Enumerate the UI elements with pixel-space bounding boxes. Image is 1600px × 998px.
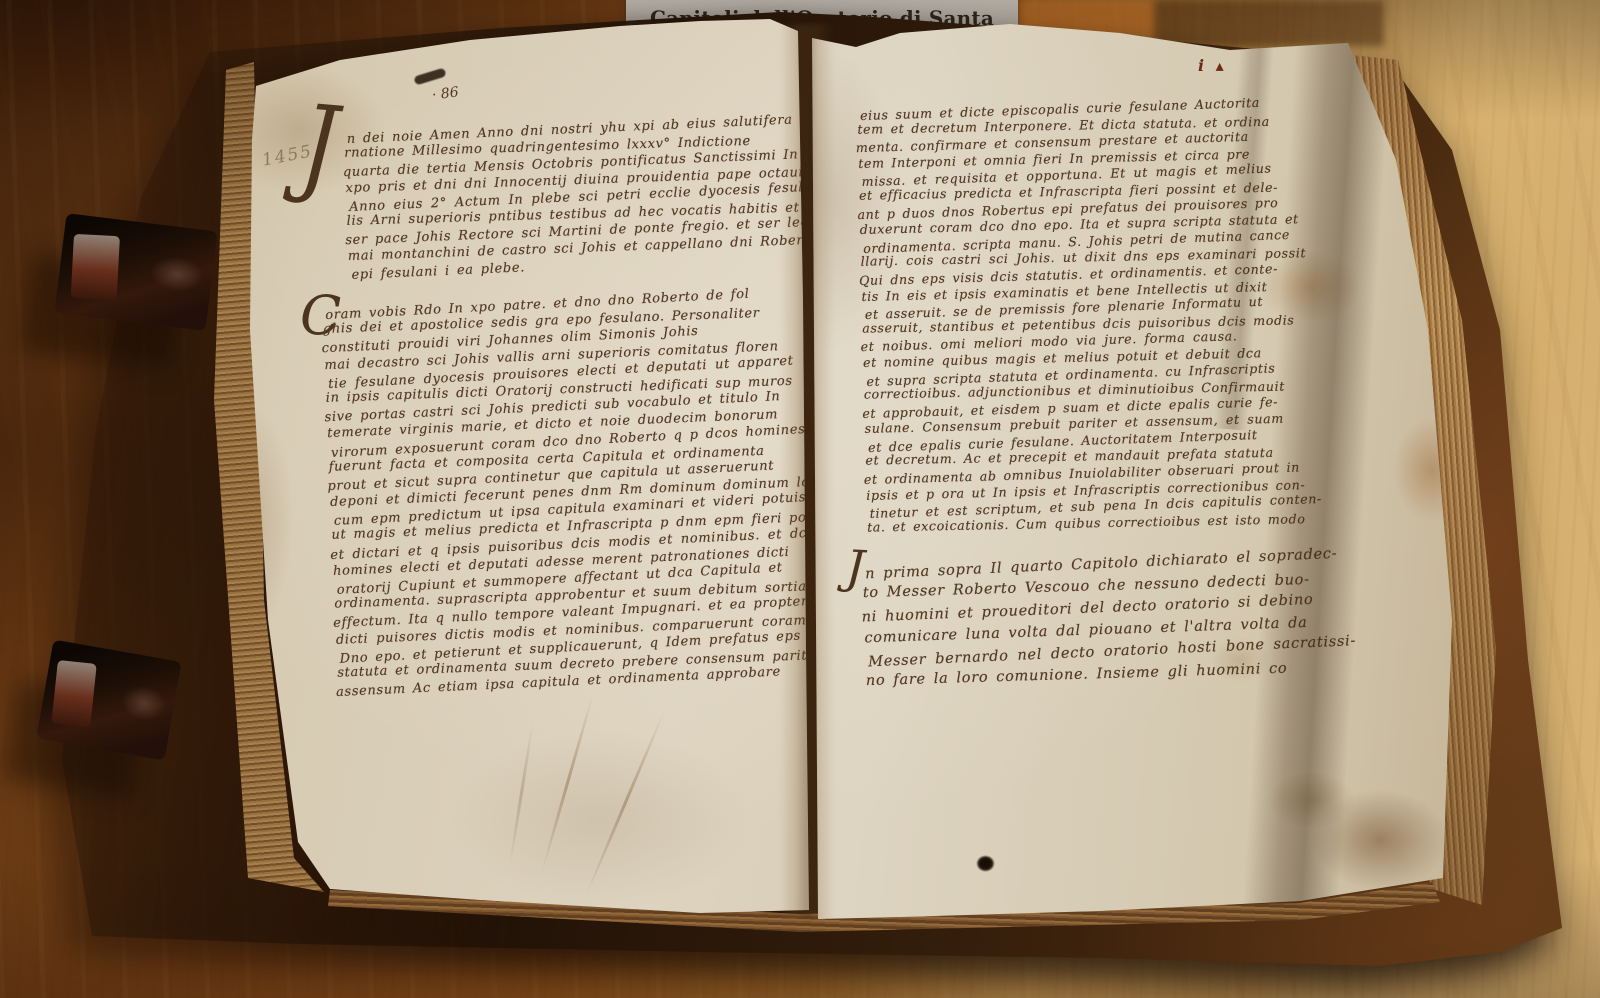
pen-trial-mark: i ▴	[1198, 56, 1227, 75]
left-page-paragraph-1: n dei noie Amen Anno dni nostri yhu xpi …	[343, 114, 810, 283]
ink-smudge	[413, 68, 446, 86]
folio-number-mark: · 86	[431, 84, 459, 103]
book-gutter-fold	[780, 24, 834, 920]
worm-hole	[976, 855, 995, 872]
left-page-paragraph-2: oram vobis Rdo In xpo patre. et dno dno …	[322, 286, 816, 701]
metal-clasp-lower	[36, 639, 181, 760]
manuscript-photo: Capitoli dell'Oratorio di Santa delle Gr…	[0, 0, 1600, 998]
open-manuscript-book: J C · 86 1455 ʒ n dei noie Amen Anno dni…	[0, 0, 1600, 998]
parchment-wrinkle	[540, 691, 595, 874]
parchment-wrinkle	[584, 708, 667, 898]
parchment-wrinkle	[508, 719, 534, 868]
